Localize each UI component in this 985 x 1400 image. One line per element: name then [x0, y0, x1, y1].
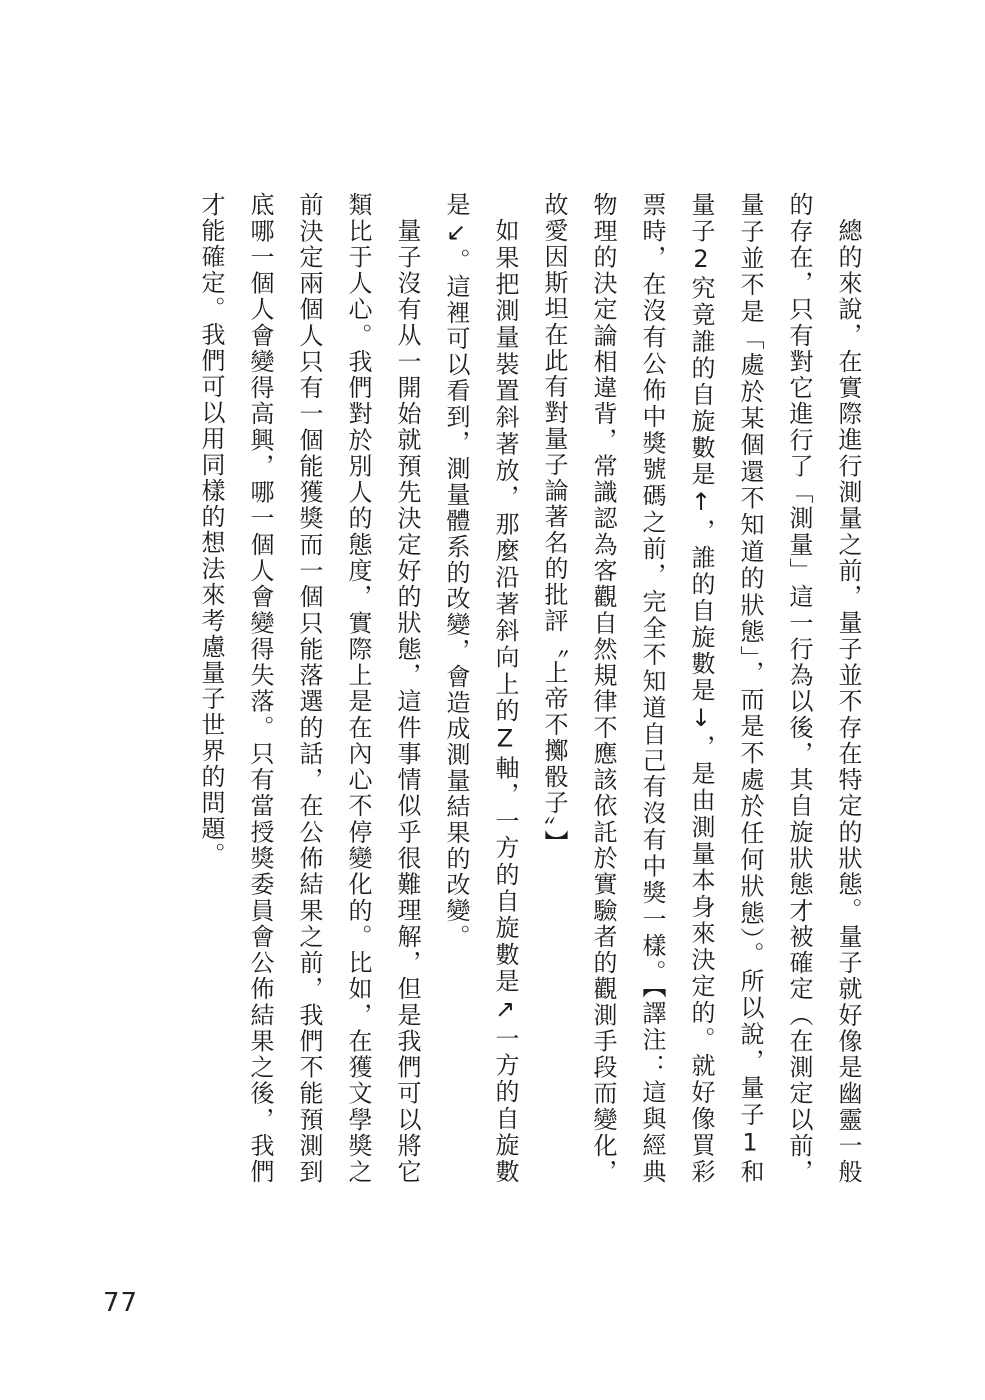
- body-paragraph: 如果把測量裝置斜著放，那麼沿著斜向上的Z軸，一方的自旋數是↗一方的自旋數是↙。這…: [431, 192, 529, 1185]
- body-paragraph: 量子沒有从一開始就預先決定好的狀態，這件事情似乎很難理解，但是我們可以將它類比于…: [186, 192, 431, 1185]
- page-number: 77: [103, 1288, 138, 1318]
- body-paragraph: 總的來說，在實際進行測量之前，量子並不存在特定的狀態。量子就好像是幽靈一般的存在…: [529, 192, 872, 1185]
- book-page: 總的來說，在實際進行測量之前，量子並不存在特定的狀態。量子就好像是幽靈一般的存在…: [0, 0, 985, 1400]
- vertical-text-block: 總的來說，在實際進行測量之前，量子並不存在特定的狀態。量子就好像是幽靈一般的存在…: [186, 192, 872, 1185]
